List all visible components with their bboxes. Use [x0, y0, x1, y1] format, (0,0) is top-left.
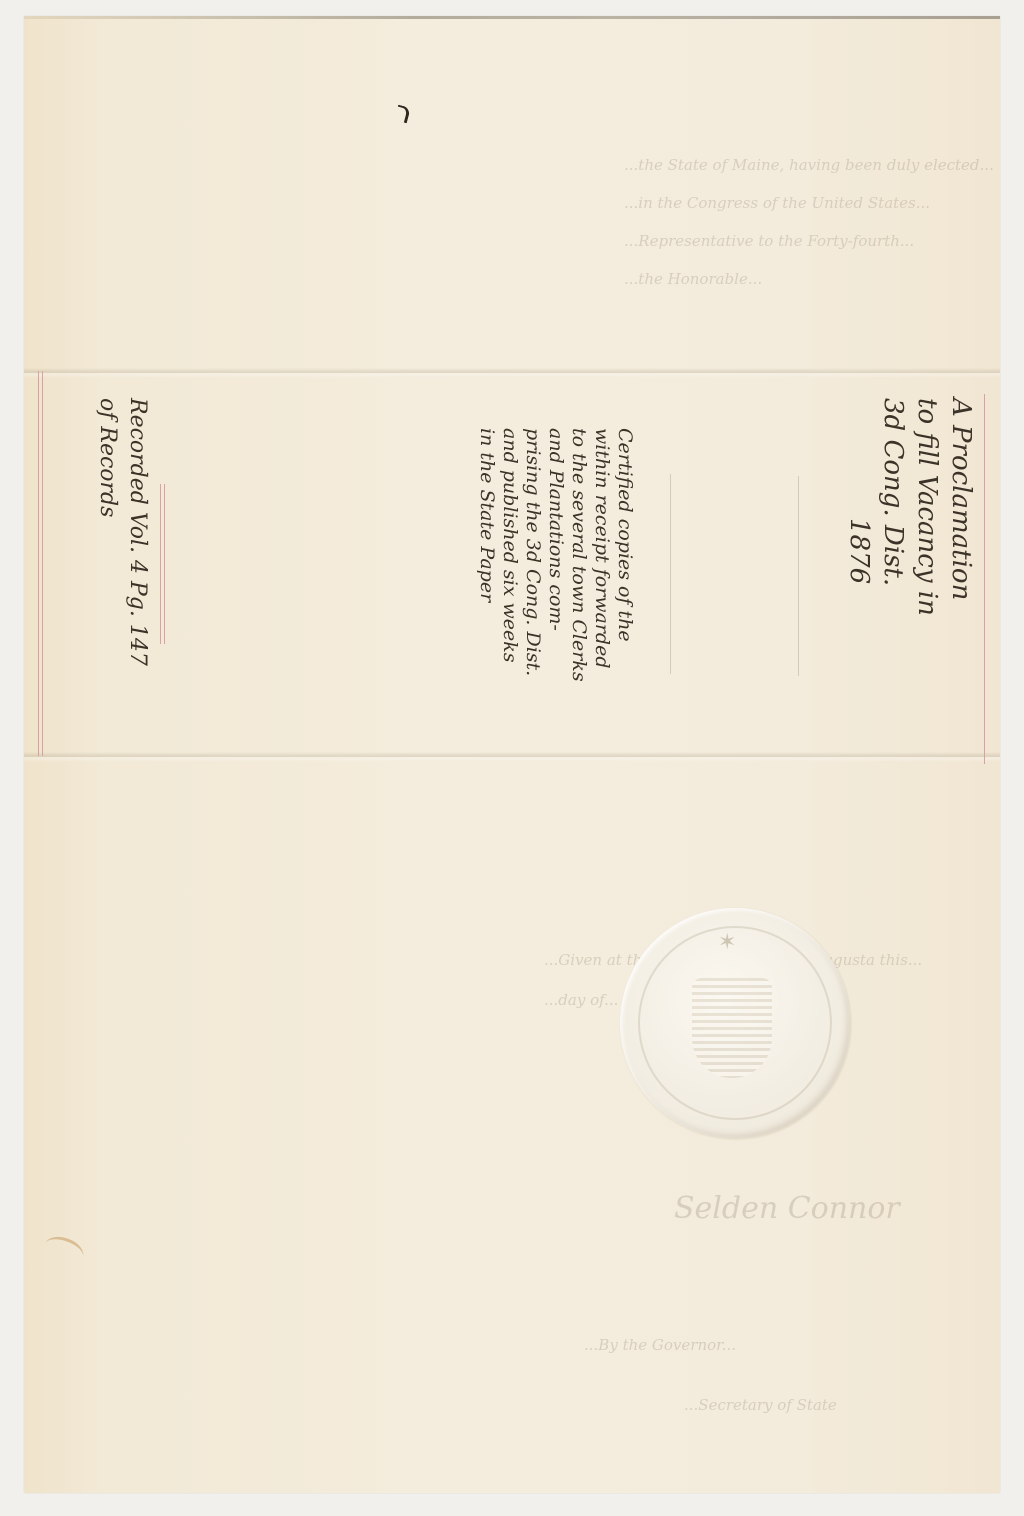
water-stain: [41, 1232, 87, 1269]
certificate-line-2: within receipt forwarded: [590, 428, 613, 682]
bleed-line-2: ...in the Congress of the United States.…: [624, 194, 930, 212]
bleed-line-4: ...the Honorable...: [624, 270, 762, 288]
bleed-line-1: ...the State of Maine, having been duly …: [624, 156, 994, 174]
bleed-line-3: ...Representative to the Forty-fourth...: [624, 232, 914, 250]
ink-tick-mark: [394, 105, 411, 124]
recording-line-1: Recorded Vol. 4 Pg. 147: [122, 398, 152, 666]
red-margin-rule-right: [984, 394, 985, 764]
certificate-line-7: in the State Paper: [475, 428, 498, 682]
divider-pencil-1: [670, 474, 671, 674]
bleed-line-7: ...By the Governor...: [584, 1336, 736, 1354]
endorsement-line-3: 3d Cong. Dist.: [876, 398, 910, 616]
endorsement-title: A Proclamation to fill Vacancy in 3d Con…: [842, 398, 978, 616]
shield-icon: [692, 978, 772, 1078]
red-margin-rule-mid-2: [164, 484, 165, 644]
endorsement-line-2: to fill Vacancy in: [910, 398, 944, 616]
endorsement-line-1: A Proclamation: [944, 398, 978, 616]
recording-note: Recorded Vol. 4 Pg. 147 of Records: [92, 398, 152, 666]
paper-top-edge: [24, 16, 1000, 19]
certificate-line-5: prising the 3d Cong. Dist.: [521, 428, 544, 682]
embossed-seal: ✶: [620, 908, 850, 1138]
certificate-line-6: and published six weeks: [498, 428, 521, 682]
document-paper: ...the State of Maine, having been duly …: [24, 16, 1000, 1493]
red-margin-rule-mid: [160, 484, 161, 644]
fold-line-lower: [24, 752, 1000, 762]
divider-pencil-2: [798, 476, 799, 676]
fold-line-upper: [24, 368, 1000, 378]
recording-line-2: of Records: [92, 398, 122, 666]
bleed-signature: Selden Connor: [674, 1191, 900, 1226]
red-margin-rule-left-2: [42, 371, 43, 756]
star-icon: ✶: [718, 930, 736, 955]
certificate-note: Certified copies of the within receipt f…: [475, 428, 636, 682]
certificate-line-3: to the several town Clerks: [567, 428, 590, 682]
certificate-line-1: Certified copies of the: [613, 428, 636, 682]
endorsement-year: 1876: [842, 398, 876, 616]
bleed-line-8: ...Secretary of State: [684, 1396, 837, 1414]
certificate-line-4: and Plantations com-: [544, 428, 567, 682]
red-margin-rule-left-1: [38, 371, 39, 756]
